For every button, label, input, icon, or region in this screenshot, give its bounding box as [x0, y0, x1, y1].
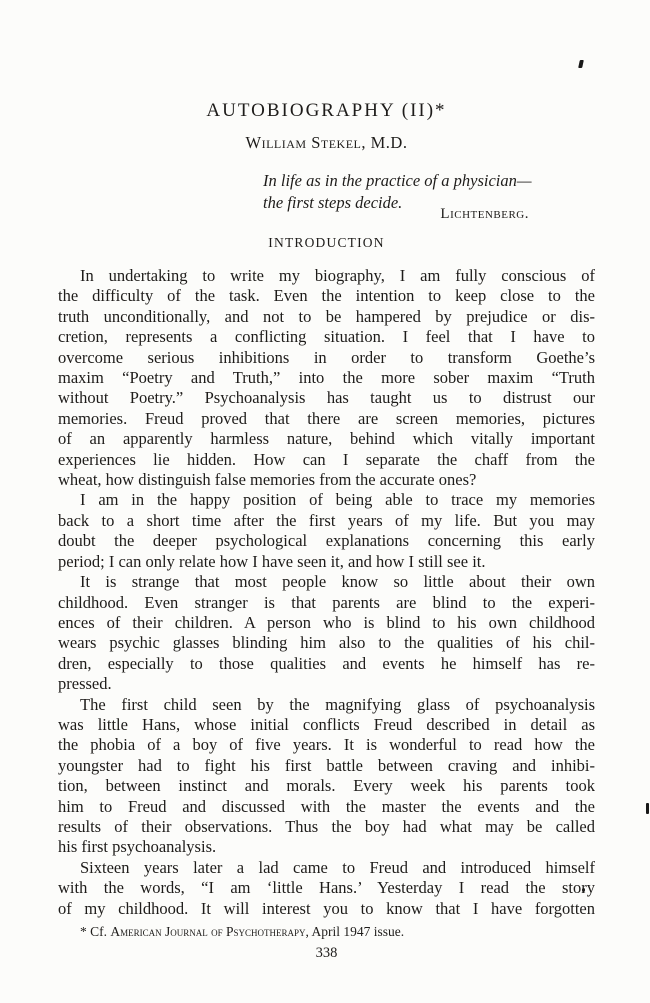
- text-line: without Poetry.” Psychoanalysis has taug…: [58, 388, 595, 408]
- text-line: In undertaking to write my biography, I …: [58, 266, 595, 286]
- text-line: back to a short time after the first yea…: [58, 511, 595, 531]
- text-line: tion, between instinct and morals. Every…: [58, 776, 595, 796]
- page-number: 338: [58, 945, 595, 962]
- text-line: him to Freud and discussed with the mast…: [58, 797, 595, 817]
- epigraph-line: In life as in the practice of a physicia…: [263, 170, 595, 192]
- text-line: wheat, how distinguish false memories fr…: [58, 470, 595, 490]
- text-line: of my childhood. It will interest you to…: [58, 899, 595, 919]
- text-line: wears psychic glasses blinding him also …: [58, 633, 595, 653]
- paragraph: It is strange that most people know so l…: [58, 572, 595, 694]
- text-line: memories. Freud proved that there are sc…: [58, 409, 595, 429]
- text-line: It is strange that most people know so l…: [58, 572, 595, 592]
- text-column: AUTOBIOGRAPHY (II)* William Stekel, M.D.…: [58, 0, 595, 962]
- footnote-rest: , April 1947 issue.: [306, 924, 405, 939]
- footnote: * Cf. American Journal of Psychotherapy,…: [58, 923, 595, 940]
- text-line: overcome serious inhibitions in order to…: [58, 348, 595, 368]
- text-line: period; I can only relate how I have see…: [58, 552, 595, 572]
- text-line: childhood. Even stranger is that parents…: [58, 593, 595, 613]
- body-text: In undertaking to write my biography, I …: [58, 266, 595, 919]
- text-line: ences of their children. A person who is…: [58, 613, 595, 633]
- text-line: of an apparently harmless nature, behind…: [58, 429, 595, 449]
- footnote-marker: * Cf.: [80, 924, 110, 939]
- text-line: with the words, “I am ‘little Hans.’ Yes…: [58, 878, 595, 898]
- text-line: I am in the happy position of being able…: [58, 490, 595, 510]
- text-line: Sixteen years later a lad came to Freud …: [58, 858, 595, 878]
- paragraph: Sixteen years later a lad came to Freud …: [58, 858, 595, 919]
- text-line: truth unconditionally, and not to be ham…: [58, 307, 595, 327]
- text-line: maxim “Poetry and Truth,” into the more …: [58, 368, 595, 388]
- paragraph: In undertaking to write my biography, I …: [58, 266, 595, 490]
- text-line: dren, especially to those qualities and …: [58, 654, 595, 674]
- paragraph: I am in the happy position of being able…: [58, 490, 595, 572]
- text-line: doubt the deeper psychological explanati…: [58, 531, 595, 551]
- text-line: results of their observations. Thus the …: [58, 817, 595, 837]
- section-heading: INTRODUCTION: [58, 234, 595, 251]
- paragraph: The first child seen by the magnifying g…: [58, 695, 595, 858]
- text-line: his first psychoanalysis.: [58, 837, 595, 857]
- text-line: cretion, represents a conflicting situat…: [58, 327, 595, 347]
- author-byline: William Stekel, M.D.: [58, 132, 595, 154]
- text-line: was little Hans, whose initial conflicts…: [58, 715, 595, 735]
- scan-artifact: [646, 803, 649, 814]
- scanned-page: AUTOBIOGRAPHY (II)* William Stekel, M.D.…: [0, 0, 650, 1003]
- text-line: pressed.: [58, 674, 595, 694]
- epigraph: In life as in the practice of a physicia…: [263, 170, 595, 214]
- text-line: the difficulty of the task. Even the int…: [58, 286, 595, 306]
- epigraph-attribution: Lichtenberg.: [440, 203, 529, 225]
- text-line: The first child seen by the magnifying g…: [58, 695, 595, 715]
- text-line: youngster had to fight his first battle …: [58, 756, 595, 776]
- epigraph-line: the first steps decide.: [263, 192, 595, 214]
- page-title: AUTOBIOGRAPHY (II)*: [58, 100, 595, 122]
- text-line: the phobia of a boy of five years. It is…: [58, 735, 595, 755]
- text-line: experiences lie hidden. How can I separa…: [58, 450, 595, 470]
- footnote-journal-name: American Journal of Psychotherapy: [110, 924, 305, 939]
